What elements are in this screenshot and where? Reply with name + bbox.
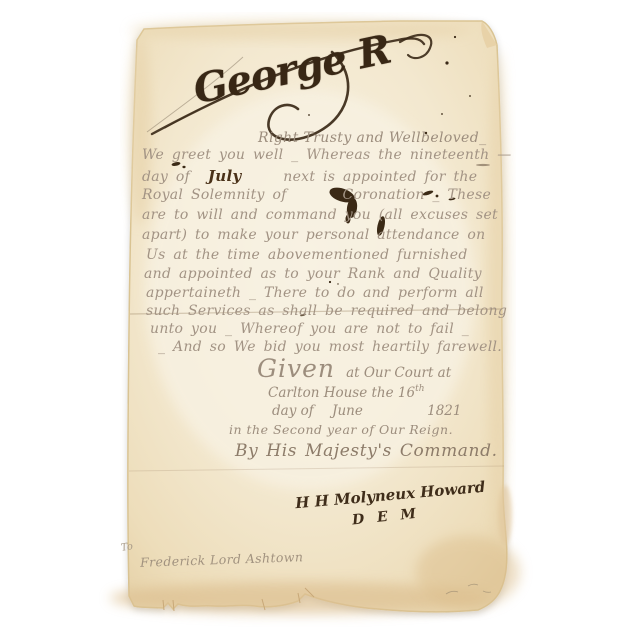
body-line-11: _ And so We bid you most heartily farewe…	[158, 339, 502, 355]
body-line-6: Us at the time abovementioned furnished	[146, 247, 468, 263]
body-line-2-pre: day of	[142, 169, 190, 185]
dateline-place-line: Carlton House the 16th	[268, 384, 425, 401]
dateline-year: 1821	[367, 403, 461, 419]
salutation-line: Right Trusty and Wellbeloved_	[258, 130, 486, 146]
body-line-5: apart) to make your personal attendance …	[142, 227, 485, 243]
address-name: Frederick Lord Ashtown	[140, 549, 304, 570]
dateline-month: June	[318, 403, 363, 419]
george-r-signature: George R	[189, 26, 394, 114]
dateline-day-suffix: th	[415, 384, 424, 394]
body-line-1: We greet you well _ Whereas the nineteen…	[142, 147, 512, 163]
letter-text-layer: George R Right Trusty and Wellbeloved_ W…	[0, 0, 635, 635]
dateline-reign-line: in the Second year of Our Reign.	[229, 422, 453, 437]
body-line-2-post: next is appointed for the	[249, 169, 477, 185]
address-to: To	[120, 541, 134, 554]
dateline-dayof: day of	[272, 403, 314, 419]
photo-background: George R Right Trusty and Wellbeloved_ W…	[0, 0, 635, 635]
dateline-given-word: Given	[257, 354, 335, 383]
countersignature-name: H H Molyneux Howard	[295, 478, 486, 513]
body-line-9: such Services as shall be required and b…	[146, 303, 507, 319]
body-line-3: Royal Solemnity of Coronation _ These	[142, 187, 491, 203]
body-line-3-pre: Royal Solemnity of	[142, 187, 287, 203]
dateline-given-rest: at Our Court at	[340, 365, 451, 381]
dateline-place-text: Carlton House the 16	[268, 385, 415, 401]
command-line: By His Majesty's Command.	[235, 441, 498, 461]
countersignature-office: D E M	[351, 505, 420, 528]
body-line-3-post: Coronation _ These	[294, 187, 491, 203]
dateline-given-line: Given at Our Court at	[257, 354, 451, 383]
inserted-word-july: July	[198, 167, 242, 185]
dateline-day-line: day of June 1821	[272, 403, 461, 419]
body-line-7: and appointed as to your Rank and Qualit…	[144, 266, 482, 282]
body-line-10: unto you _ Whereof you are not to fail _	[150, 321, 469, 337]
body-line-4: are to will and command you (all excuses…	[142, 207, 498, 223]
body-line-2: day of July next is appointed for the	[142, 167, 477, 185]
body-line-8: appertaineth _ There to do and perform a…	[146, 285, 484, 301]
